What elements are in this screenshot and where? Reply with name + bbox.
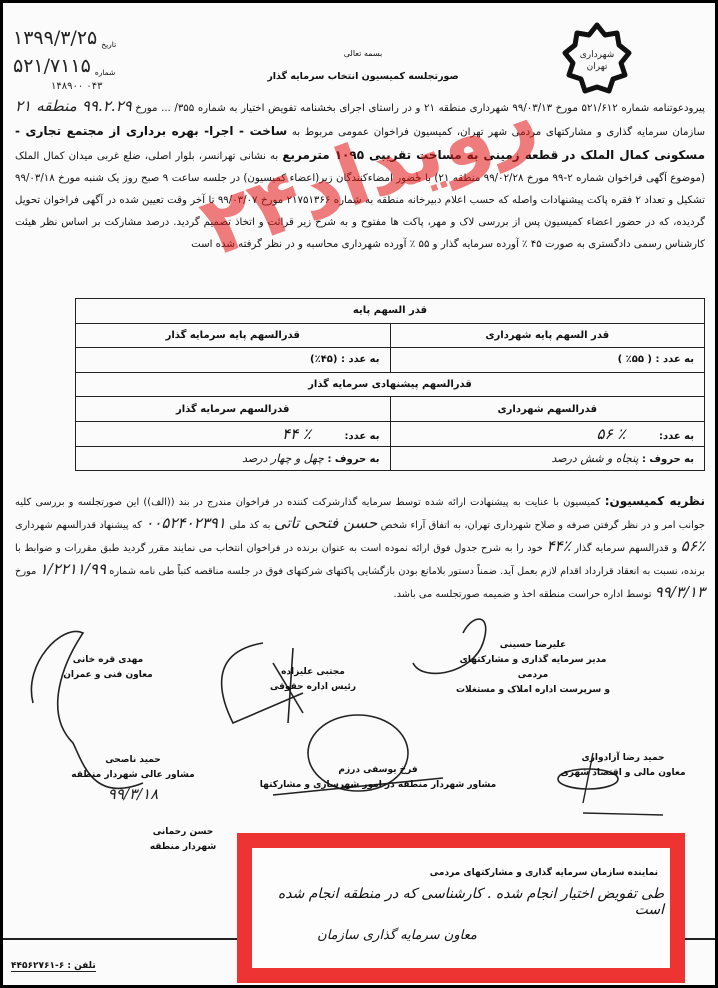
proposed-municipality-number: به عدد: ٪ ۵۶ xyxy=(390,421,705,446)
signatory-title: معاون مالی و اقتصاد شهری xyxy=(553,766,693,781)
national-id-label: به کد ملی xyxy=(229,520,270,531)
commission-text-2: که پیشنهاد قدرالسهم شهرداری xyxy=(15,520,142,531)
signatory-name: مهدی قره خانی xyxy=(53,653,163,668)
share-table: قدر السهم پایه قدر السهم پایه شهرداری قد… xyxy=(75,298,705,471)
base-municipality-header: قدر السهم پایه شهرداری xyxy=(390,323,705,348)
signatory-alireza-hosseini: علیرضا حسینی مدیر سرمایه گذاری و مشارکته… xyxy=(453,638,613,698)
signatory-name: مجتبی علیزاده xyxy=(258,665,368,680)
proposed-share-title: قدرالسهم پیشنهادی سرمایه گذار xyxy=(76,372,705,397)
national-id: ۰۰۵۲۴۰۲۳۹۱ xyxy=(145,514,226,532)
extra-code: ۱۴۸۹۰۰ ۰۴۳ xyxy=(51,81,103,92)
signatory-title: مشاور عالی شهردار منطقه xyxy=(63,768,203,783)
handwritten-note-signature: معاون سرمایه گذاری سازمان xyxy=(292,928,502,943)
handwritten-date: ۹۹/۳/۱۸ xyxy=(63,787,203,802)
base-investor-header: قدرالسهم پایه سرمایه گذار xyxy=(76,323,391,348)
base-share-title: قدر السهم پایه xyxy=(76,299,705,324)
number-label: به عدد: xyxy=(344,431,379,442)
signatory-name: حمید ناصحی xyxy=(63,753,203,768)
base-investor-value: به عدد : (۴۵٪) xyxy=(76,348,391,373)
signatory-name: حسن رحمانی xyxy=(143,825,223,840)
handwritten-note-delegation: طی تفویض اختیار انجام شده . کارشناسی که … xyxy=(254,886,664,918)
scanned-document-page: شهرداری تهران بسمه تعالی صورتجلسه کمیسیو… xyxy=(3,3,715,985)
words-label: به حروف : xyxy=(327,454,379,465)
document-title: صورتجلسه کمیسیون انتخاب سرمایه گذار xyxy=(223,71,503,82)
signatory-title: معاون فنی و عمران xyxy=(53,668,163,683)
base-municipality-value: به عدد : ( ۵۵٪ ) xyxy=(390,348,705,373)
intro-text-2: سازمان سرمایه گذاری و مشارکتهای مردمی شه… xyxy=(292,127,705,138)
intro-paragraph: پیرودعوتنامه شماره ۵۲۱/۶۱۲ مورخ ۹۹/۰۳/۱۳… xyxy=(15,95,705,256)
investor-words-value: چهل و چهار درصد xyxy=(242,452,324,465)
bismillah-heading: بسمه تعالی xyxy=(303,49,423,58)
date-label: تاریخ xyxy=(101,40,116,49)
proposed-municipality-words: به حروف : پنجاه و شش درصد xyxy=(390,446,705,471)
letter-number: ۱/۲۲۱۱/۹۹ xyxy=(40,560,107,578)
svg-text:تهران: تهران xyxy=(587,62,608,72)
proposed-investor-words: به حروف : چهل و چهار درصد xyxy=(76,446,391,471)
signatory-name: فرخ یوسفی درزم xyxy=(258,763,498,778)
signatory-title-2: و سرپرست اداره املاک و مستغلات xyxy=(453,683,613,698)
phone-value: ۶-۴۴۵۶۲۷۶۱ xyxy=(11,961,64,971)
words-label: به حروف : xyxy=(642,454,694,465)
investor-share: ٪۴۴ xyxy=(546,537,570,555)
signatory-title: رئیس اداره حقوقی xyxy=(258,680,368,695)
number-field: ۵۲۱/۷۱۱۵ شماره xyxy=(13,55,163,77)
intro-text-1: پیرودعوتنامه شماره ۵۲۱/۶۱۲ مورخ ۹۹/۰۳/۱۳… xyxy=(135,103,705,114)
footer-phone: تلفن : ۶-۴۴۵۶۲۷۶۱ xyxy=(11,961,96,972)
signatory-name: علیرضا حسینی xyxy=(453,638,613,653)
signatory-farrokh-yousefi: فرخ یوسفی درزم مشاور شهردار منطقه در امو… xyxy=(258,763,498,793)
signatory-hassan-rahmani: حسن رحمانی شهردار منطقه xyxy=(143,825,223,855)
winner-name: حسن فتحی تاتی xyxy=(274,514,377,532)
intro-bold-2: قطعه زمینی به مساحت تقریبی ۱۰۹۵ مترمربع xyxy=(282,148,558,162)
commission-text-3: و قدرالسهم سرمایه گذار xyxy=(574,543,677,554)
intro-text-3: به نشانی تهرانسر، بلوار اصلی، ضلع غربی م… xyxy=(15,151,705,250)
highlight-box: نماینده سازمان سرمایه گذاری و مشارکتهای … xyxy=(237,833,685,983)
number-label: به عدد: xyxy=(659,431,694,442)
intro-handwritten: ۹۹.۲.۲۹ منطقه ۲۱ xyxy=(15,97,132,115)
commission-opinion: نظریه کمیسیون: کمیسیون با عنایت به پیشنه… xyxy=(15,491,705,605)
commission-heading: نظریه کمیسیون: xyxy=(605,494,705,508)
municipality-share: ٪۵۶ xyxy=(681,537,705,555)
number-label: شماره xyxy=(95,68,115,77)
signatory-title: شهردار منطقه xyxy=(143,840,223,855)
proposed-investor-header: قدرالسهم سرمایه گذار xyxy=(76,397,391,422)
signatory-hamid-nasehi: حمید ناصحی مشاور عالی شهردار منطقه ۹۹/۳/… xyxy=(63,753,203,802)
investor-number-value: ٪ ۴۴ xyxy=(282,425,311,443)
signatory-name: حمید رضا آزادواری xyxy=(553,751,693,766)
date-field: ۱۳۹۹/۳/۲۵ تاریخ xyxy=(13,27,163,49)
proposed-municipality-header: قدرالسهم شهرداری xyxy=(390,397,705,422)
letter-date-label: مورخ xyxy=(15,566,36,577)
commission-text-5: توسط اداره حراست منطقه اخذ و ضمیمه صورتج… xyxy=(394,589,652,600)
number-value: ۵۲۱/۷۱۱۵ xyxy=(13,55,91,77)
municipality-number-value: ٪ ۵۶ xyxy=(597,425,626,443)
signatory-hamidreza-azadvari: حمید رضا آزادواری معاون مالی و اقتصاد شه… xyxy=(553,751,693,781)
svg-text:شهرداری: شهرداری xyxy=(580,50,615,60)
signatory-mojtaba-alizadeh: مجتبی علیزاده رئیس اداره حقوقی xyxy=(258,665,368,695)
signatory-mahdi-gharekhani: مهدی قره خانی معاون فنی و عمران xyxy=(53,653,163,683)
signatory-title: مدیر سرمایه گذاری و مشارکتهای مردمی xyxy=(453,653,613,683)
signatory-title: مشاور شهردار منطقه در امور شهرسازی و مشا… xyxy=(258,778,498,793)
proposed-investor-number: به عدد: ٪ ۴۴ xyxy=(76,421,391,446)
phone-label: تلفن : xyxy=(67,961,95,971)
letter-date: ۹۹/۳/۱۳ xyxy=(655,583,705,601)
municipality-words-value: پنجاه و شش درصد xyxy=(552,452,639,465)
tehran-municipality-logo-icon: شهرداری تهران xyxy=(561,21,633,99)
representative-role: نماینده سازمان سرمایه گذاری و مشارکتهای … xyxy=(430,868,658,878)
date-value: ۱۳۹۹/۳/۲۵ xyxy=(13,27,97,49)
